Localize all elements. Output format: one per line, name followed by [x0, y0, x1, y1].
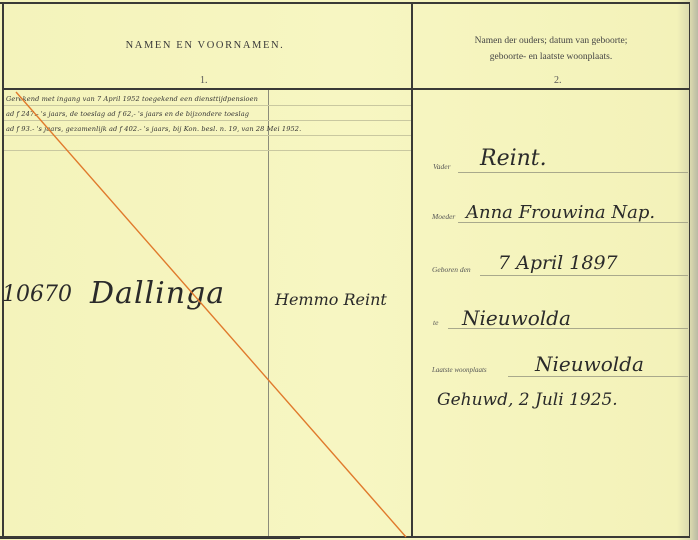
strike-through-line [0, 0, 698, 540]
bottom-edge-rule [0, 538, 300, 539]
ledger-page: NAMEN EN VOORNAMEN. 1. Namen der ouders;… [0, 0, 698, 540]
